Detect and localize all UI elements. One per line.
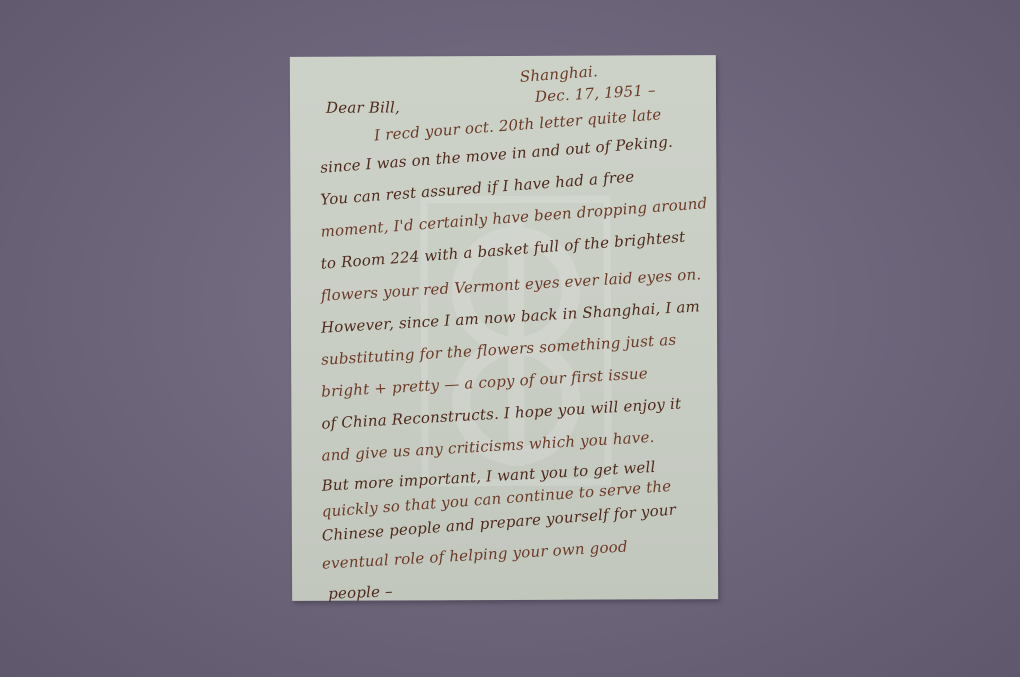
letter-line-7: However, since I am now back in Shanghai… [320,297,700,336]
letter-line-16: people – [328,582,393,603]
letter-salutation: Dear Bill, [326,98,400,116]
letter-line-6: flowers your red Vermont eyes ever laid … [320,265,701,305]
letter-line-8: substituting for the flowers something j… [321,331,677,369]
letter-line-15: eventual role of helping your own good [322,537,629,572]
letter-line-9: bright + pretty — a copy of our first is… [321,364,648,401]
letter-line-11: and give us any criticisms which you hav… [321,428,655,465]
letter-place: Shanghai. [519,62,598,86]
letter-date: Dec. 17, 1951 – [534,81,656,106]
letter-line-10: of China Reconstructs. I hope you will e… [321,394,682,432]
letter-paper: Shanghai. Dec. 17, 1951 – Dear Bill, I r… [290,55,718,601]
